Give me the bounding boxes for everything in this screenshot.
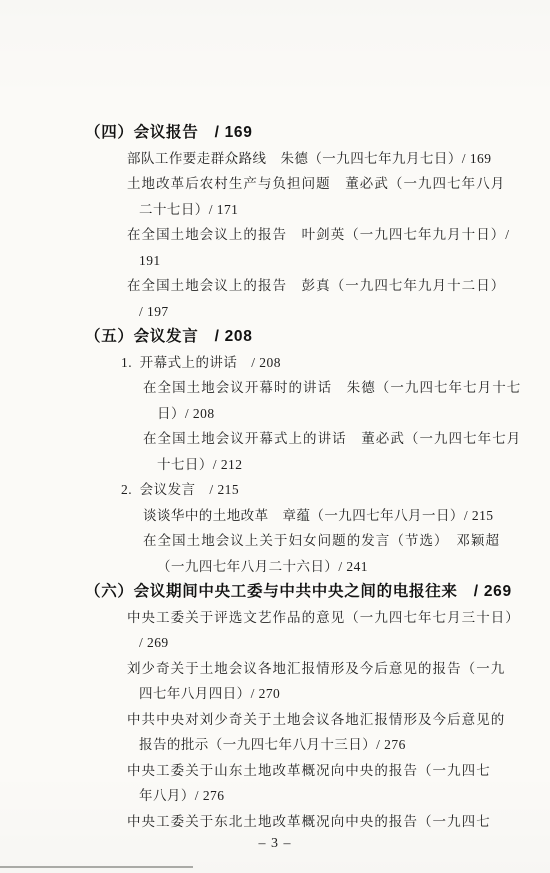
toc-line: 2. 会议发言 / 215: [121, 477, 485, 503]
toc-line: 土地改革后农村生产与负担问题 董必武（一九四七年八月: [127, 171, 485, 197]
toc-line: / 269: [139, 630, 485, 656]
toc-line: 部队工作要走群众路线 朱德（一九四七年九月七日）/ 169: [127, 146, 485, 172]
toc-line: 1. 开幕式上的讲话 / 208: [121, 350, 485, 376]
toc-line: 二十七日）/ 171: [139, 197, 485, 223]
toc-section-heading: （六）会议期间中央工委与中共中央之间的电报往来 / 269: [85, 579, 485, 605]
page-number: – 3 –: [0, 836, 550, 852]
toc-line: 中央工委关于东北土地改革概况向中央的报告（一九四七: [127, 809, 485, 835]
toc-section-heading: （五）会议发言 / 208: [85, 324, 485, 350]
scanned-page: （四）会议报告 / 169部队工作要走群众路线 朱德（一九四七年九月七日）/ 1…: [0, 0, 550, 873]
scan-artifact-line: [0, 866, 193, 868]
toc-line: 日）/ 208: [157, 401, 485, 427]
toc-line: 年八月）/ 276: [139, 783, 485, 809]
toc-line: 报告的批示（一九四七年八月十三日）/ 276: [139, 732, 485, 758]
toc-line: 在全国土地会议开幕式上的讲话 董必武（一九四七年七月: [143, 426, 485, 452]
toc-line: 中央工委关于山东土地改革概况向中央的报告（一九四七: [127, 758, 485, 784]
toc-line: 十七日）/ 212: [157, 452, 485, 478]
toc-line: 191: [139, 248, 485, 274]
toc-line: 谈谈华中的土地改革 章蕴（一九四七年八月一日）/ 215: [143, 503, 485, 529]
toc-section-heading: （四）会议报告 / 169: [85, 120, 485, 146]
toc-line: 在全国土地会议上关于妇女问题的发言（节选） 邓颖超: [143, 528, 485, 554]
toc-line: 在全国土地会议开幕时的讲话 朱德（一九四七年七月十七: [143, 375, 485, 401]
toc-line: （一九四七年八月二十六日）/ 241: [157, 554, 485, 580]
toc-line: 在全国土地会议上的报告 彭真（一九四七年九月十二日）: [127, 273, 485, 299]
table-of-contents: （四）会议报告 / 169部队工作要走群众路线 朱德（一九四七年九月七日）/ 1…: [85, 120, 485, 834]
toc-line: / 197: [139, 299, 485, 325]
toc-line: 中央工委关于评选文艺作品的意见（一九四七年七月三十日）: [127, 605, 485, 631]
toc-line: 刘少奇关于土地会议各地汇报情形及今后意见的报告（一九: [127, 656, 485, 682]
toc-line: 在全国土地会议上的报告 叶剑英（一九四七年九月十日）/: [127, 222, 485, 248]
toc-line: 四七年八月四日）/ 270: [139, 681, 485, 707]
toc-line: 中共中央对刘少奇关于土地会议各地汇报情形及今后意见的: [127, 707, 485, 733]
